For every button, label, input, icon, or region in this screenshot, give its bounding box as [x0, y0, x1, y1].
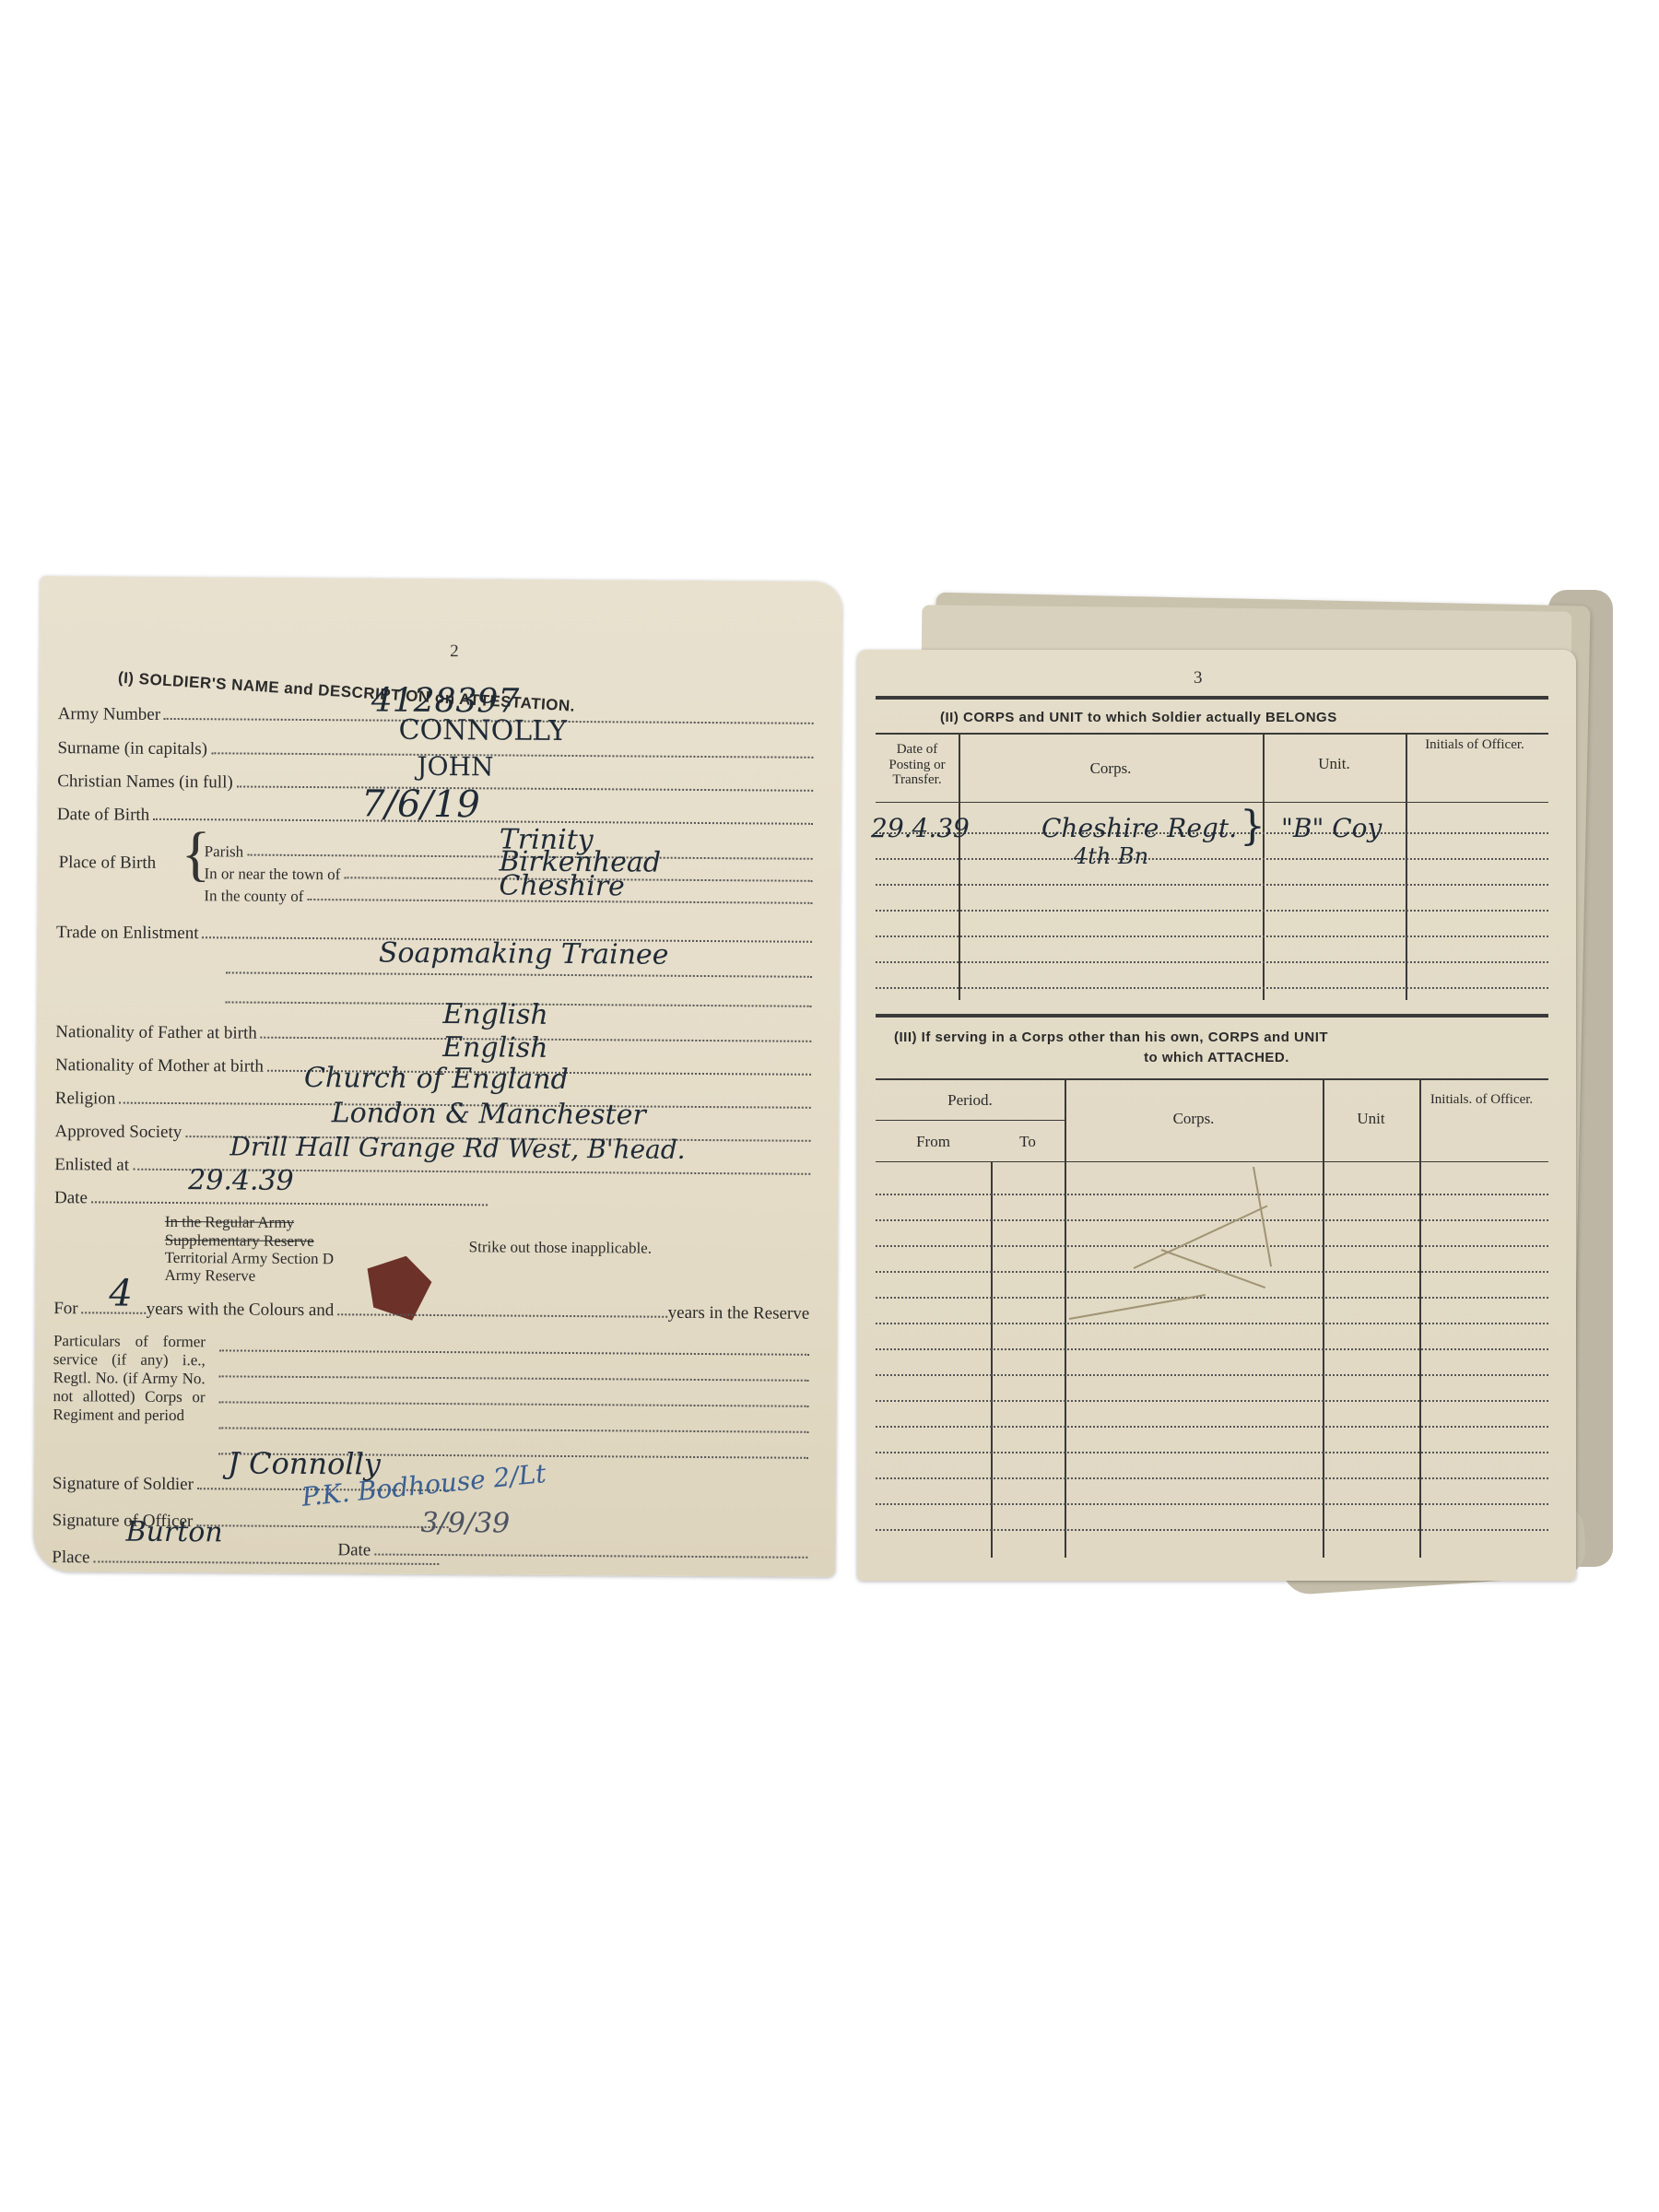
left-page: 2 (I) SOLDIER'S NAME and DESCRIPTION on …	[33, 576, 842, 1577]
christian-names-value: JOHN	[417, 754, 493, 781]
header-initials: Initials of Officer.	[1406, 737, 1544, 753]
for-years-value: 4	[109, 1276, 133, 1312]
header-period: Period.	[876, 1092, 1065, 1110]
row-line	[876, 1426, 1548, 1428]
enlistment-date-value: 29.4.39	[188, 1167, 294, 1195]
header-corps-attached: Corps.	[1065, 1111, 1323, 1128]
battalion-value: 4th Bn	[1074, 845, 1148, 867]
brace-handwritten: }	[1240, 806, 1265, 847]
option-supplementary-reserve: Supplementary Reserve	[165, 1231, 314, 1251]
former-service-line-1	[219, 1349, 809, 1355]
row-line	[876, 1348, 1548, 1350]
header-initials-attached: Initials. of Officer.	[1419, 1092, 1544, 1108]
row-line	[876, 1374, 1548, 1376]
posting-date-value: 29.4.39	[871, 816, 970, 841]
option-regular-army: In the Regular Army	[165, 1213, 294, 1232]
row-line	[876, 935, 1548, 937]
row-line	[876, 884, 1548, 886]
row-line	[876, 1503, 1548, 1505]
strike-out-note: Strike out those inapplicable.	[469, 1238, 652, 1257]
row-line	[876, 961, 1548, 963]
period-rule	[876, 1120, 1065, 1121]
row-line	[876, 987, 1548, 989]
col-divider-3	[1406, 733, 1407, 1000]
former-service-line-3	[219, 1401, 809, 1406]
unit-value: "B" Coy	[1281, 816, 1382, 841]
nationality-father-value: English	[442, 1001, 548, 1030]
place-of-birth-label: Place of Birth	[59, 853, 157, 874]
nationality-mother-value: English	[442, 1034, 548, 1063]
header-corps: Corps.	[959, 760, 1263, 778]
row-line	[876, 1529, 1548, 1531]
religion-value: Church of England	[304, 1065, 569, 1094]
header-to: To	[991, 1134, 1065, 1151]
soldier-signature: J Connolly	[228, 1448, 381, 1478]
row-line	[876, 910, 1548, 912]
header-unit-attached: Unit	[1323, 1111, 1419, 1128]
sign-date-value: 3/9/39	[421, 1510, 511, 1538]
surname-value: CONNOLLY	[399, 717, 568, 746]
paper-crack	[1253, 1167, 1272, 1267]
field-for-years: For years with the Colours and years in …	[53, 1286, 809, 1324]
col-divider-unit	[1323, 1078, 1324, 1558]
paper-crack	[1161, 1249, 1265, 1288]
corps-value: Cheshire Regt.	[1041, 816, 1237, 841]
row-line	[876, 1297, 1548, 1299]
section-2-rule	[876, 733, 1548, 735]
section-2-end-rule	[876, 1014, 1548, 1018]
header-from: From	[876, 1134, 991, 1151]
row-line	[876, 1219, 1548, 1221]
paper-crack	[1134, 1205, 1268, 1268]
header-rule	[876, 802, 1548, 803]
place-value: Burton	[125, 1519, 222, 1547]
former-service-line-4	[218, 1427, 808, 1432]
approved-society-value: London & Manchester	[332, 1100, 646, 1129]
row-line	[876, 1245, 1548, 1247]
section-2-title: (II) CORPS and UNIT to which Soldier act…	[940, 710, 1337, 725]
header-unit: Unit.	[1263, 756, 1406, 773]
former-service-label: Particulars of former service (if any) i…	[53, 1332, 206, 1425]
section-3-rule	[876, 1078, 1548, 1080]
col-divider-initials	[1419, 1078, 1421, 1558]
row-line	[876, 1477, 1548, 1479]
page-number-left: 2	[450, 641, 459, 662]
page-number-right: 3	[1194, 668, 1203, 688]
header-rule-3	[876, 1161, 1548, 1162]
top-rule	[876, 696, 1548, 700]
header-date-of-posting: Date of Posting or Transfer.	[876, 742, 959, 788]
field-nationality-father: Nationality of Father at birth	[55, 1009, 811, 1048]
row-line	[876, 1194, 1548, 1195]
county-value: Cheshire	[499, 872, 625, 900]
field-sign-date: Date	[337, 1527, 807, 1564]
col-divider-corps	[1065, 1078, 1066, 1558]
row-line	[876, 1452, 1548, 1453]
row-line	[876, 1271, 1548, 1273]
former-service-line-2	[219, 1375, 809, 1381]
row-line	[876, 1400, 1548, 1402]
section-3-title-line1: (III) If serving in a Corps other than h…	[894, 1030, 1328, 1045]
trade-value: Soapmaking Trainee	[379, 940, 669, 970]
enlisted-at-value: Drill Hall Grange Rd West, B'head.	[229, 1134, 685, 1162]
section-3-title-line2: to which ATTACHED.	[857, 1050, 1576, 1065]
date-of-birth-value: 7/6/19	[361, 785, 480, 823]
row-line	[876, 858, 1548, 860]
right-page: 3 (II) CORPS and UNIT to which Soldier a…	[857, 650, 1576, 1581]
row-line	[876, 1323, 1548, 1324]
army-number-value: 4128397	[371, 684, 520, 718]
